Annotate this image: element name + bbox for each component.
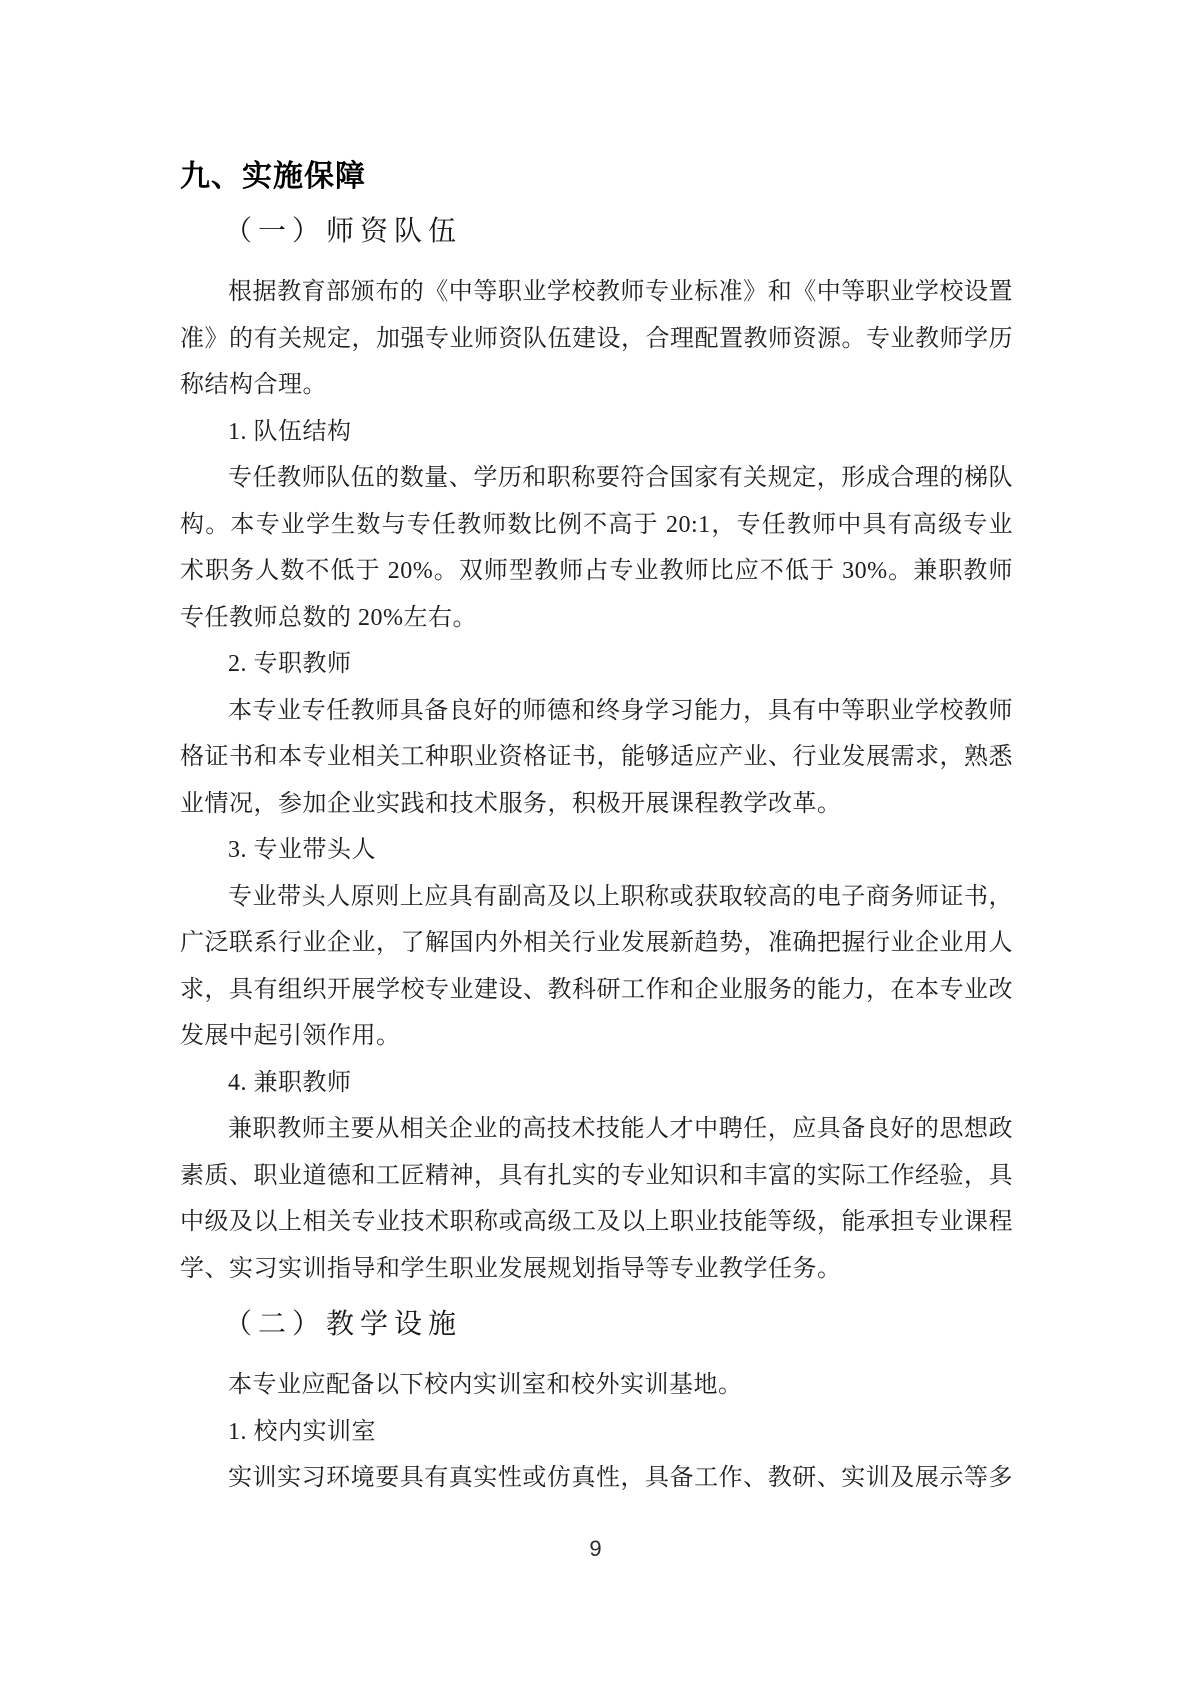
numbered-item-heading: 3. 专业带头人 [180, 827, 1013, 874]
paragraph-line: 本专业专任教师具备良好的师德和终身学习能力，具有中等职业学校教师资 [180, 688, 1013, 735]
paragraph: 本专业专任教师具备良好的师德和终身学习能力，具有中等职业学校教师资格证书和本专业… [180, 688, 1013, 828]
paragraph-line: 根据教育部颁布的《中等职业学校教师专业标准》和《中等职业学校设置标 [180, 269, 1013, 316]
numbered-item-heading: 1. 队伍结构 [180, 409, 1013, 456]
paragraph-line: 实训实习环境要具有真实性或仿真性，具备工作、教研、实训及展示等多项 [180, 1455, 1013, 1502]
paragraph: 兼职教师主要从相关企业的高技术技能人才中聘任，应具备良好的思想政治素质、职业道德… [180, 1106, 1013, 1292]
paragraph-line: 专业带头人原则上应具有副高及以上职称或获取较高的电子商务师证书，能 [180, 874, 1013, 921]
paragraph-line: 专任教师队伍的数量、学历和职称要符合国家有关规定，形成合理的梯队结 [180, 455, 1013, 502]
paragraph-line: 本专业应配备以下校内实训室和校外实训基地。 [180, 1362, 1013, 1409]
paragraph-line: 中级及以上相关专业技术职称或高级工及以上职业技能等级，能承担专业课程教 [180, 1199, 1013, 1246]
document-blocks: （一）师资队伍根据教育部颁布的《中等职业学校教师专业标准》和《中等职业学校设置标… [180, 207, 1013, 1502]
numbered-item-heading: 2. 专职教师 [180, 641, 1013, 688]
paragraph-line: 广泛联系行业企业，了解国内外相关行业发展新趋势，准确把握行业企业用人需 [180, 920, 1013, 967]
page-number: 9 [0, 1536, 1191, 1562]
paragraph-line: 业情况，参加企业实践和技术服务，积极开展课程教学改革。 [180, 781, 1013, 828]
numbered-item-heading: 1. 校内实训室 [180, 1409, 1013, 1456]
paragraph: 专业带头人原则上应具有副高及以上职称或获取较高的电子商务师证书，能广泛联系行业企… [180, 874, 1013, 1060]
paragraph-line: 准》的有关规定，加强专业师资队伍建设，合理配置教师资源。专业教师学历职 [180, 316, 1013, 363]
paragraph-line: 格证书和本专业相关工种职业资格证书，能够适应产业、行业发展需求，熟悉企 [180, 734, 1013, 781]
document-page: 九、实施保障 （一）师资队伍根据教育部颁布的《中等职业学校教师专业标准》和《中等… [0, 0, 1191, 1684]
subsection-heading: （一）师资队伍 [180, 207, 1013, 257]
paragraph-line: 构。本专业学生数与专任教师数比例不高于 20:1，专任教师中具有高级专业技 [180, 502, 1013, 549]
paragraph: 本专业应配备以下校内实训室和校外实训基地。 [180, 1362, 1013, 1409]
paragraph-line: 称结构合理。 [180, 362, 1013, 409]
paragraph-line: 专任教师总数的 20%左右。 [180, 595, 1013, 642]
paragraph-line: 兼职教师主要从相关企业的高技术技能人才中聘任，应具备良好的思想政治 [180, 1106, 1013, 1153]
subsection-heading: （二）教学设施 [180, 1300, 1013, 1350]
paragraph-line: 术职务人数不低于 20%。双师型教师占专业教师比应不低于 30%。兼职教师应占 [180, 548, 1013, 595]
section-title: 九、实施保障 [180, 155, 1013, 199]
paragraph-line: 求，具有组织开展学校专业建设、教科研工作和企业服务的能力，在本专业改革 [180, 967, 1013, 1014]
paragraph-line: 发展中起引领作用。 [180, 1013, 1013, 1060]
paragraph-line: 素质、职业道德和工匠精神，具有扎实的专业知识和丰富的实际工作经验，具有 [180, 1153, 1013, 1200]
paragraph: 专任教师队伍的数量、学历和职称要符合国家有关规定，形成合理的梯队结构。本专业学生… [180, 455, 1013, 641]
paragraph: 根据教育部颁布的《中等职业学校教师专业标准》和《中等职业学校设置标准》的有关规定… [180, 269, 1013, 409]
document-body: 九、实施保障 （一）师资队伍根据教育部颁布的《中等职业学校教师专业标准》和《中等… [180, 155, 1013, 1502]
paragraph: 实训实习环境要具有真实性或仿真性，具备工作、教研、实训及展示等多项 [180, 1455, 1013, 1502]
paragraph-line: 学、实习实训指导和学生职业发展规划指导等专业教学任务。 [180, 1246, 1013, 1293]
numbered-item-heading: 4. 兼职教师 [180, 1060, 1013, 1107]
